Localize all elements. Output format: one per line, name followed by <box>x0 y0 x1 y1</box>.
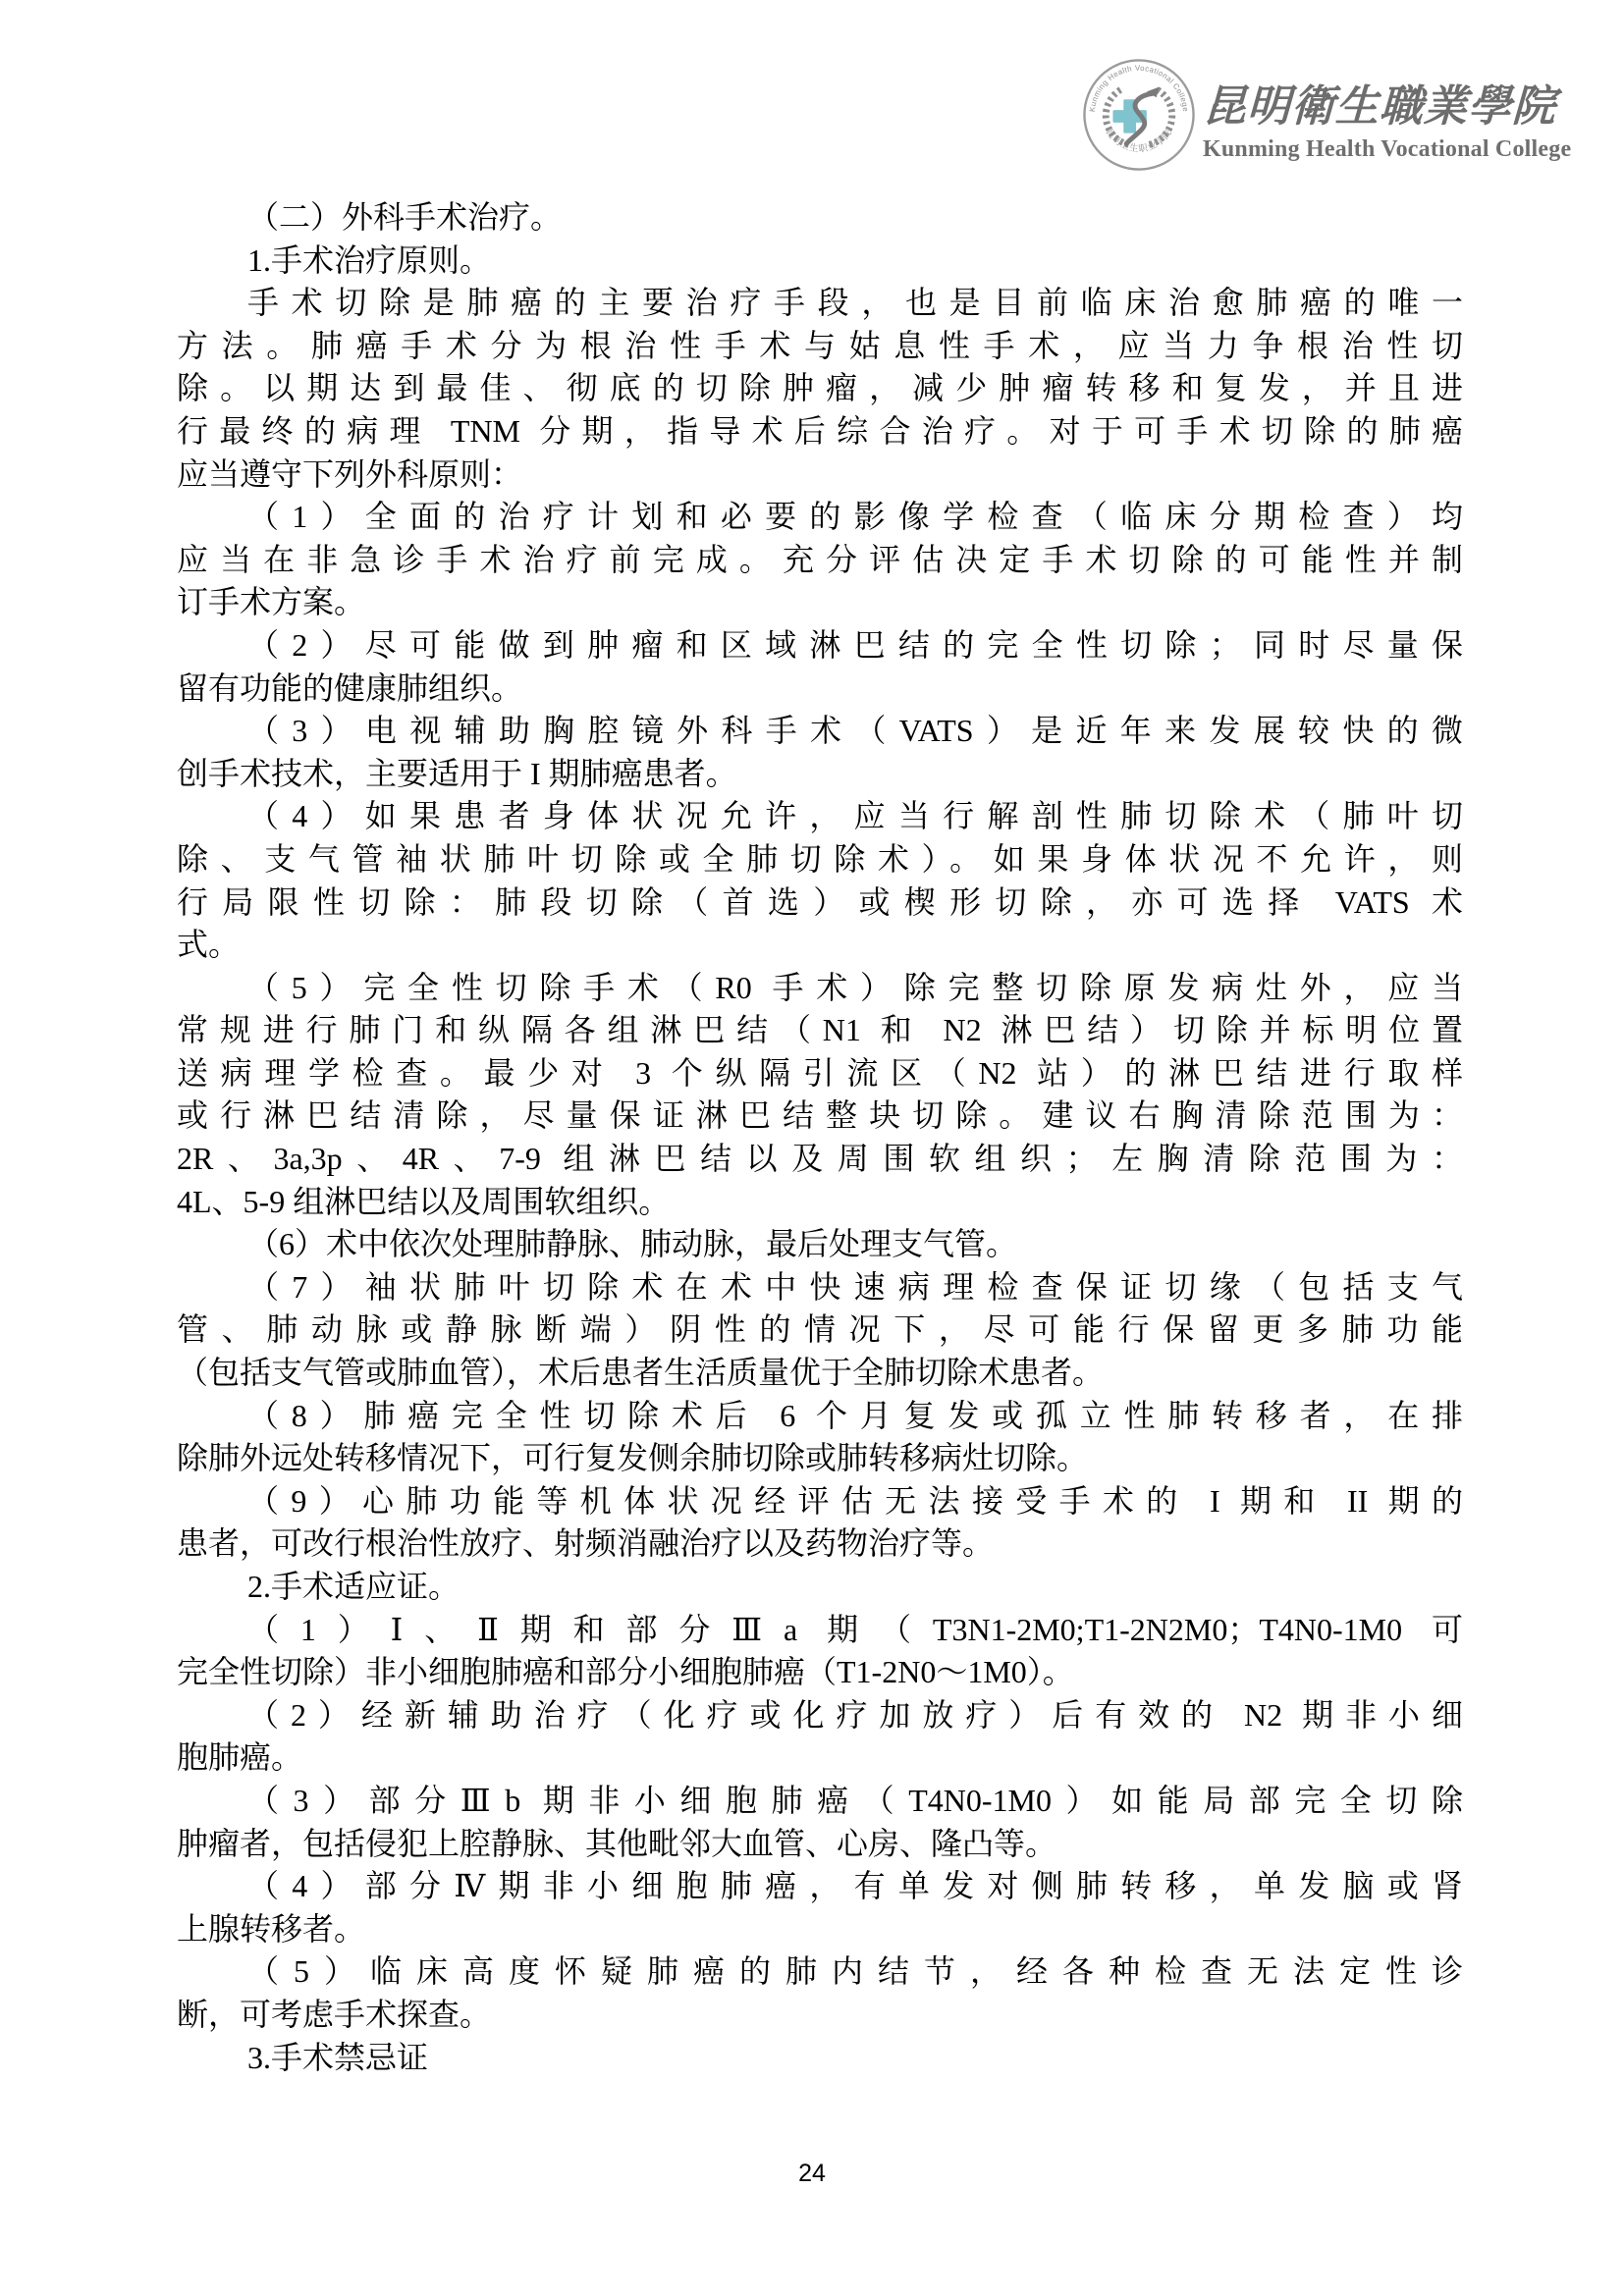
text-line: 4L、5-9 组淋巴结以及周围软组织。 <box>177 1181 1463 1224</box>
text-line: 断，可考虑手术探查。 <box>177 1994 1463 2037</box>
text-line: 常规进行肺门和纵隔各组淋巴结（N1 和 N2 淋巴结）切除并标明位置 <box>177 1009 1463 1052</box>
text-line: 除、支气管袖状肺叶切除或全肺切除术）。如果身体状况不允许，则 <box>177 838 1463 881</box>
text-line: 上腺转移者。 <box>177 1908 1463 1951</box>
text-line: （2）经新辅助治疗（化疗或化疗加放疗）后有效的 N2 期非小细 <box>177 1694 1463 1737</box>
college-logo: Kunming Health Vocational College 昆明卫生职业… <box>0 0 1624 187</box>
text-line: 手术切除是肺癌的主要治疗手段，也是目前临床治愈肺癌的唯一 <box>177 282 1463 325</box>
page-footer: 24 <box>0 2160 1624 2188</box>
text-line: 留有功能的健康肺组织。 <box>177 667 1463 711</box>
text-line: （二）外科手术治疗。 <box>177 196 1463 240</box>
college-names: 昆明衛生職業學院 Kunming Health Vocational Colle… <box>1203 79 1556 162</box>
text-line: （1）全面的治疗计划和必要的影像学检查（临床分期检查）均 <box>177 496 1463 539</box>
text-line: 管、肺动脉或静脉断端）阴性的情况下，尽可能行保留更多肺功能 <box>177 1308 1463 1352</box>
text-line: 或行淋巴结清除，尽量保证淋巴结整块切除。建议右胸清除范围为： <box>177 1095 1463 1138</box>
text-line: （9）心肺功能等机体状况经评估无法接受手术的 I 期和 II 期的 <box>177 1480 1463 1523</box>
text-line: 胞肺癌。 <box>177 1736 1463 1780</box>
text-line: 除。以期达到最佳、彻底的切除肿瘤，减少肿瘤转移和复发，并且进 <box>177 367 1463 410</box>
paragraph: 手术切除是肺癌的主要治疗手段，也是目前临床治愈肺癌的唯一方法。肺癌手术分为根治性… <box>177 282 1463 496</box>
text-line: 1.手术治疗原则。 <box>177 240 1463 283</box>
paragraph: （1）全面的治疗计划和必要的影像学检查（临床分期检查）均应当在非急诊手术治疗前完… <box>177 496 1463 624</box>
paragraph: （1）Ⅰ、Ⅱ期和部分Ⅲa 期（T3N1-2M0;T1-2N2M0；T4N0-1M… <box>177 1609 1463 1694</box>
text-line: 应当在非急诊手术治疗前完成。充分评估决定手术切除的可能性并制 <box>177 539 1463 582</box>
college-name-calligraphy: 昆明衛生職業學院 <box>1202 79 1557 135</box>
text-line: （3）电视辅助胸腔镜外科手术（VATS）是近年来发展较快的微 <box>177 710 1463 753</box>
text-line: 完全性切除）非小细胞肺癌和部分小细胞肺癌（T1-2N0～1M0）。 <box>177 1651 1463 1694</box>
paragraph: （5）完全性切除手术（R0 手术）除完整切除原发病灶外，应当常规进行肺门和纵隔各… <box>177 967 1463 1224</box>
paragraph: 3.手术禁忌证 <box>177 2037 1463 2080</box>
text-line: （6）术中依次处理肺静脉、肺动脉，最后处理支气管。 <box>177 1223 1463 1266</box>
text-line: 方法。肺癌手术分为根治性手术与姑息性手术，应当力争根治性切 <box>177 325 1463 368</box>
college-name-english: Kunming Health Vocational College <box>1203 136 1556 162</box>
paragraph: （2）经新辅助治疗（化疗或化疗加放疗）后有效的 N2 期非小细胞肺癌。 <box>177 1694 1463 1780</box>
paragraph: （二）外科手术治疗。 <box>177 196 1463 240</box>
text-line: （4）部分Ⅳ期非小细胞肺癌，有单发对侧肺转移，单发脑或肾 <box>177 1865 1463 1908</box>
text-line: （8）肺癌完全性切除术后 6 个月复发或孤立性肺转移者，在排 <box>177 1395 1463 1438</box>
text-line: 创手术技术，主要适用于 I 期肺癌患者。 <box>177 753 1463 796</box>
paragraph: （5）临床高度怀疑肺癌的肺内结节，经各种检查无法定性诊断，可考虑手术探查。 <box>177 1950 1463 2036</box>
text-line: 3.手术禁忌证 <box>177 2037 1463 2080</box>
paragraph: 1.手术治疗原则。 <box>177 240 1463 283</box>
paragraph: （4）如果患者身体状况允许，应当行解剖性肺切除术（肺叶切除、支气管袖状肺叶切除或… <box>177 795 1463 966</box>
text-line: （5）临床高度怀疑肺癌的肺内结节，经各种检查无法定性诊 <box>177 1950 1463 1994</box>
page-number: 24 <box>798 2160 826 2187</box>
paragraph: （9）心肺功能等机体状况经评估无法接受手术的 I 期和 II 期的患者，可改行根… <box>177 1480 1463 1566</box>
text-line: 送病理学检查。最少对 3 个纵隔引流区（N2 站）的淋巴结进行取样 <box>177 1052 1463 1095</box>
text-line: （4）如果患者身体状况允许，应当行解剖性肺切除术（肺叶切 <box>177 795 1463 838</box>
paragraph: （3）电视辅助胸腔镜外科手术（VATS）是近年来发展较快的微创手术技术，主要适用… <box>177 710 1463 795</box>
text-line: （5）完全性切除手术（R0 手术）除完整切除原发病灶外，应当 <box>177 967 1463 1010</box>
text-line: （7）袖状肺叶切除术在术中快速病理检查保证切缘（包括支气 <box>177 1266 1463 1309</box>
text-line: 行最终的病理 TNM 分期，指导术后综合治疗。对于可手术切除的肺癌 <box>177 410 1463 454</box>
text-line: 患者，可改行根治性放疗、射频消融治疗以及药物治疗等。 <box>177 1522 1463 1566</box>
paragraph: （4）部分Ⅳ期非小细胞肺癌，有单发对侧肺转移，单发脑或肾上腺转移者。 <box>177 1865 1463 1950</box>
college-seal-icon: Kunming Health Vocational College 昆明卫生职业… <box>1081 57 1197 173</box>
text-line: 式。 <box>177 924 1463 967</box>
paragraph: （8）肺癌完全性切除术后 6 个月复发或孤立性肺转移者，在排除肺外远处转移情况下… <box>177 1395 1463 1480</box>
text-line: 除肺外远处转移情况下，可行复发侧余肺切除或肺转移病灶切除。 <box>177 1437 1463 1480</box>
paragraph: （2）尽可能做到肿瘤和区域淋巴结的完全性切除；同时尽量保留有功能的健康肺组织。 <box>177 624 1463 710</box>
text-line: （包括支气管或肺血管），术后患者生活质量优于全肺切除术患者。 <box>177 1352 1463 1395</box>
text-line: 2R、3a,3p、4R、7-9 组淋巴结以及周围软组织；左胸清除范围为： <box>177 1138 1463 1181</box>
document-page: Kunming Health Vocational College 昆明卫生职业… <box>0 0 1624 2296</box>
text-line: 行局限性切除：肺段切除（首选）或楔形切除，亦可选择 VATS 术 <box>177 881 1463 925</box>
text-line: 订手术方案。 <box>177 581 1463 624</box>
document-body: （二）外科手术治疗。1.手术治疗原则。手术切除是肺癌的主要治疗手段，也是目前临床… <box>177 196 1463 2079</box>
paragraph: 2.手术适应证。 <box>177 1566 1463 1609</box>
text-line: （1）Ⅰ、Ⅱ期和部分Ⅲa 期（T3N1-2M0;T1-2N2M0；T4N0-1M… <box>177 1609 1463 1652</box>
paragraph: （6）术中依次处理肺静脉、肺动脉，最后处理支气管。 <box>177 1223 1463 1266</box>
text-line: 应当遵守下列外科原则： <box>177 454 1463 497</box>
paragraph: （3）部分Ⅲb 期非小细胞肺癌（T4N0-1M0）如能局部完全切除肿瘤者，包括侵… <box>177 1780 1463 1865</box>
paragraph: （7）袖状肺叶切除术在术中快速病理检查保证切缘（包括支气管、肺动脉或静脉断端）阴… <box>177 1266 1463 1395</box>
text-line: 肿瘤者，包括侵犯上腔静脉、其他毗邻大血管、心房、隆凸等。 <box>177 1823 1463 1866</box>
text-line: （2）尽可能做到肿瘤和区域淋巴结的完全性切除；同时尽量保 <box>177 624 1463 667</box>
text-line: 2.手术适应证。 <box>177 1566 1463 1609</box>
text-line: （3）部分Ⅲb 期非小细胞肺癌（T4N0-1M0）如能局部完全切除 <box>177 1780 1463 1823</box>
